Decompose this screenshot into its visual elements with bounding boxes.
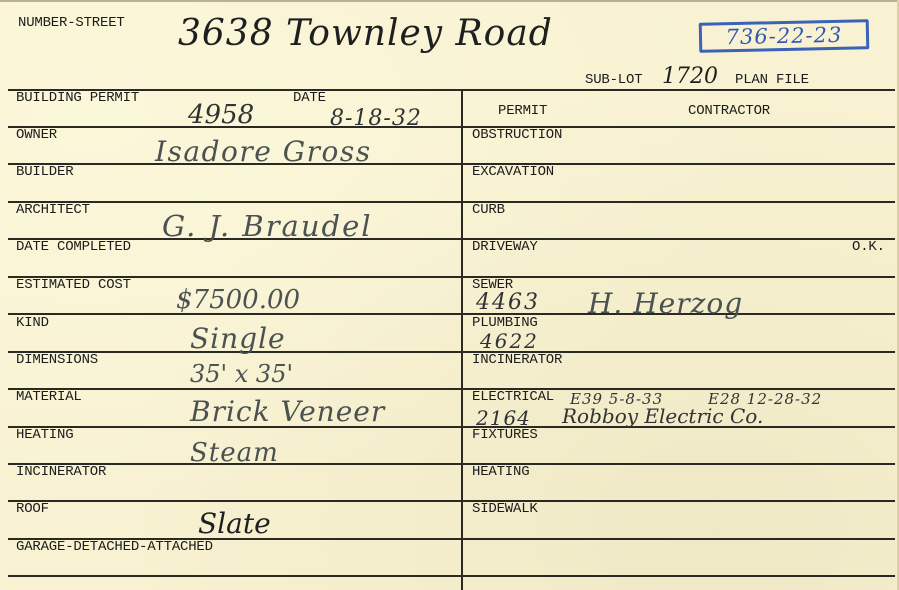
rule-line [8,163,895,165]
sub-lot-label: SUB-LOT [585,72,642,88]
material-label: MATERIAL [16,389,82,405]
electrical-permit-value: 2164 [476,408,531,428]
incinerator-label: INCINERATOR [16,464,106,480]
roof-label: ROOF [16,501,49,517]
architect-value: G. J. Braudel [162,212,373,241]
obstruction-label: OBSTRUCTION [472,127,562,143]
file-number-value: 736-22-23 [725,23,842,49]
rule-line [8,126,895,128]
garage-label: GARAGE-DETACHED-ATTACHED [16,539,213,555]
address-value: 3638 Townley Road [178,16,553,52]
sewer-permit-value: 4463 [476,292,540,314]
incinerator-permit-label: INCINERATOR [472,352,562,368]
plumbing-permit-value: 4622 [480,331,539,351]
date-value: 8-18-32 [330,108,422,130]
kind-value: Single [190,325,286,353]
permit-index-card: NUMBER-STREET 3638 Townley Road 736-22-2… [0,0,899,590]
owner-label: OWNER [16,127,57,143]
number-street-label: NUMBER-STREET [18,15,125,31]
rule-line [8,238,895,240]
dimensions-label: DIMENSIONS [16,352,98,368]
date-completed-label: DATE COMPLETED [16,239,131,255]
heating-value: Steam [190,440,279,466]
architect-label: ARCHITECT [16,202,90,218]
fixtures-label: FIXTURES [472,427,538,443]
rule-line [8,276,895,278]
plan-file-label: PLAN FILE [735,72,809,88]
rule-line [8,313,895,315]
builder-label: BUILDER [16,164,73,180]
building-permit-value: 4958 [188,102,254,128]
date-label: DATE [293,90,326,106]
sewer-contractor-value: H. Herzog [588,290,743,318]
material-value: Brick Veneer [190,398,385,426]
rule-line [8,351,895,353]
dimensions-value: 35' x 35' [190,362,293,386]
sidewalk-label: SIDEWALK [472,501,538,517]
driveway-label: DRIVEWAY [472,239,538,255]
driveway-value: O.K. [852,239,885,255]
rule-line [8,89,895,91]
rule-line [8,500,895,502]
roof-value: Slate [198,510,271,538]
sub-lot-value: 1720 [662,66,718,88]
column-divider [461,89,463,590]
estimated-cost-value: $7500.00 [176,287,300,313]
contractor-column-header: CONTRACTOR [688,103,770,119]
owner-value: Isadore Gross [155,138,372,166]
excavation-label: EXCAVATION [472,164,554,180]
heating-label: HEATING [16,427,73,443]
rule-line [8,463,895,465]
kind-label: KIND [16,315,49,331]
electrical-label: ELECTRICAL [472,389,554,405]
heating-permit-label: HEATING [472,464,529,480]
estimated-cost-label: ESTIMATED COST [16,277,131,293]
curb-label: CURB [472,202,505,218]
file-number-stamp: 736-22-23 [699,19,870,53]
rule-line [8,201,895,203]
electrical-contractor-value: Robboy Electric Co. [562,406,763,426]
rule-line [8,575,895,577]
permit-column-header: PERMIT [498,103,547,119]
building-permit-label: BUILDING PERMIT [16,90,139,106]
